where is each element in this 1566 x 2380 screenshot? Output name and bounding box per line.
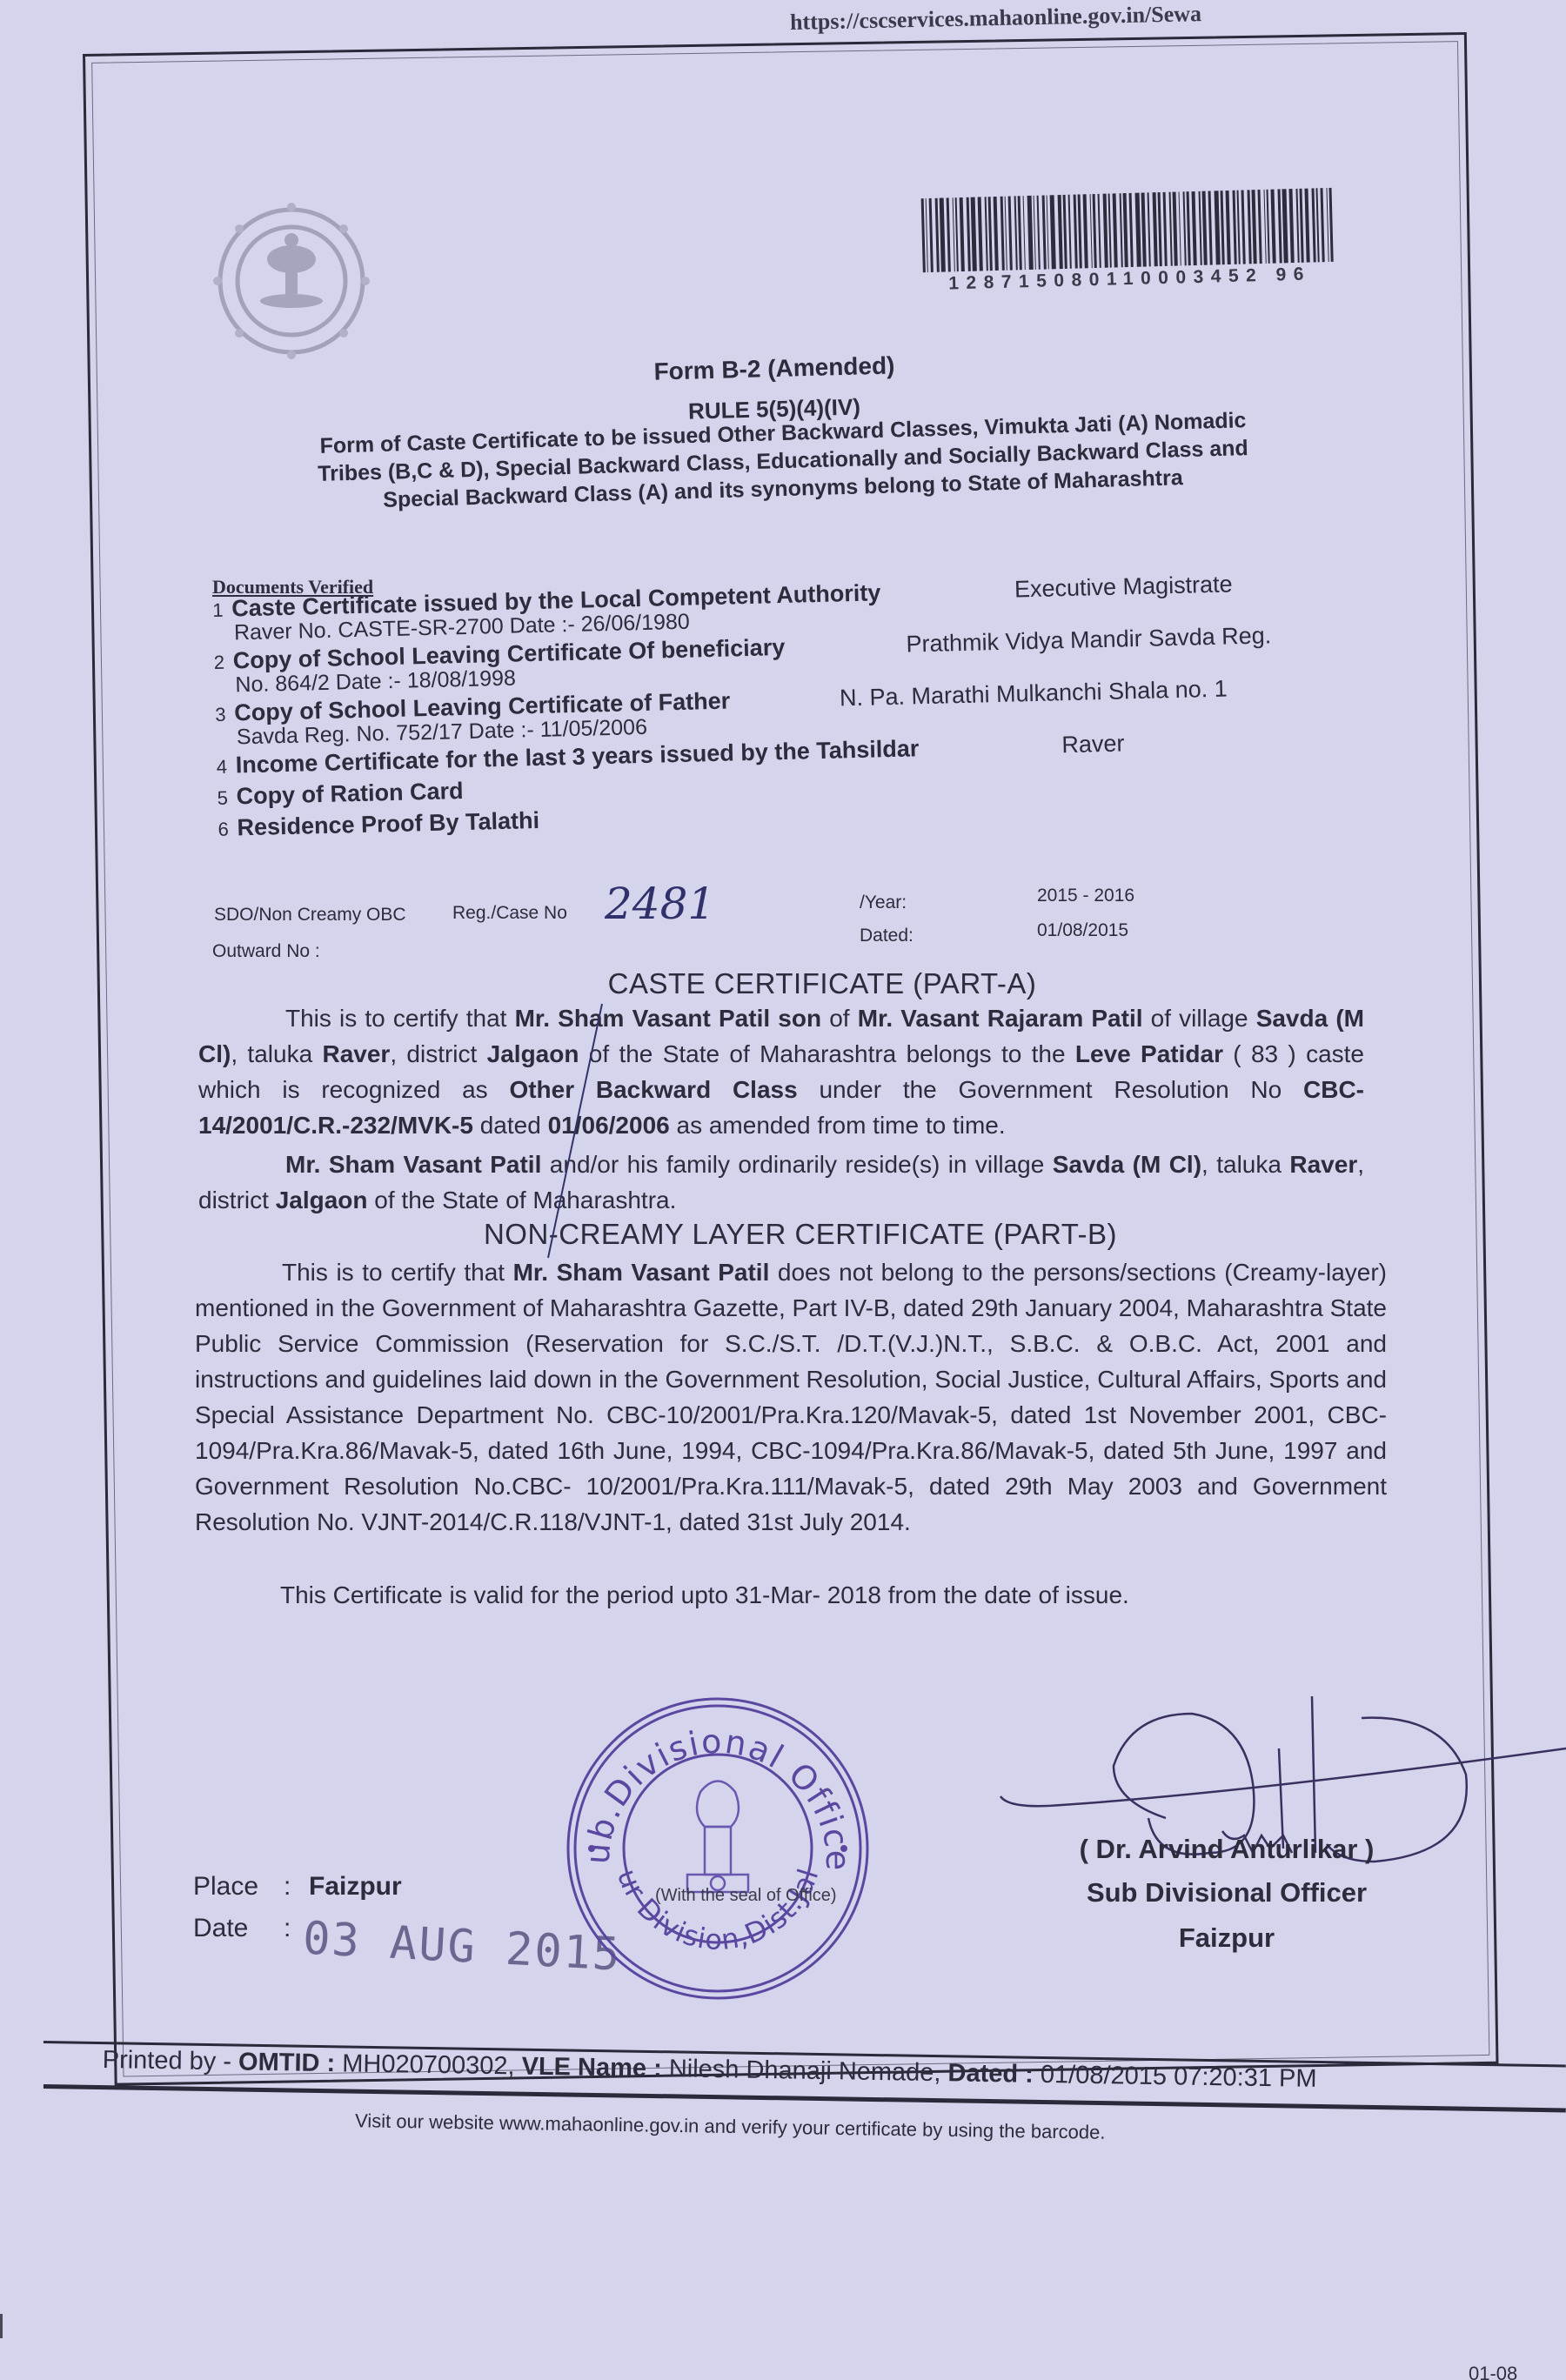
part-b-paragraph: This is to certify that Mr. Sham Vasant … <box>195 1254 1387 1540</box>
officer-signature <box>992 1679 1566 1905</box>
outward-no-label: Outward No : <box>212 941 320 962</box>
part-a-residence-paragraph: Mr. Sham Vasant Patil and/or his family … <box>198 1147 1364 1218</box>
validity-statement: This Certificate is valid for the period… <box>280 1581 1129 1609</box>
date-label: Date <box>193 1914 248 1943</box>
signer-place: Faizpur <box>1009 1922 1444 1954</box>
part-a-heading: CASTE CERTIFICATE (PART-A) <box>0 967 1566 1000</box>
signer-name: ( Dr. Arvind Anturlikar ) <box>1009 1834 1444 1865</box>
barcode-bars <box>921 188 1336 272</box>
year-value: 2015 - 2016 <box>1037 886 1134 906</box>
certificate-category: SDO/Non Creamy OBC <box>214 905 406 926</box>
year-label: /Year: <box>860 892 907 913</box>
reg-case-label: Reg./Case No <box>452 903 567 924</box>
part-a-paragraph: This is to certify that Mr. Sham Vasant … <box>198 1000 1364 1143</box>
print-url: https://cscservices.mahaonline.gov.in/Se… <box>790 1 1202 36</box>
svg-text:(With the seal of Office): (With the seal of Office) <box>655 1886 837 1905</box>
documents-verified-list: 1Caste Certificate issued by the Local C… <box>212 569 1367 847</box>
dated-label: Dated: <box>860 926 913 946</box>
place-label: Place <box>193 1872 258 1902</box>
verification-barcode: 128715080110003452 96 <box>921 188 1337 294</box>
reg-case-number: 2481 <box>605 879 715 929</box>
maharashtra-emblem-icon <box>209 198 374 364</box>
edge-mark <box>0 2314 3 2338</box>
signer-title: Sub Divisional Officer <box>1009 1877 1444 1909</box>
verification-note: Visit our website www.mahaonline.gov.in … <box>355 2109 1106 2144</box>
place-value: Faizpur <box>309 1872 402 1902</box>
certificate-page: https://cscservices.mahaonline.gov.in/Se… <box>0 0 1566 2380</box>
dated-value: 01/08/2015 <box>1037 920 1128 941</box>
part-b-heading: NON-CREAMY LAYER CERTIFICATE (PART-B) <box>0 1218 1566 1251</box>
pen-strike-mark <box>522 1000 696 1261</box>
page-corner-text: 01-08 <box>1469 2363 1517 2380</box>
office-seal-stamp: Sub.Divisional Officer Faizpur Division,… <box>557 1688 879 2009</box>
form-description: Form of Caste Certificate to be issued O… <box>226 419 1340 503</box>
